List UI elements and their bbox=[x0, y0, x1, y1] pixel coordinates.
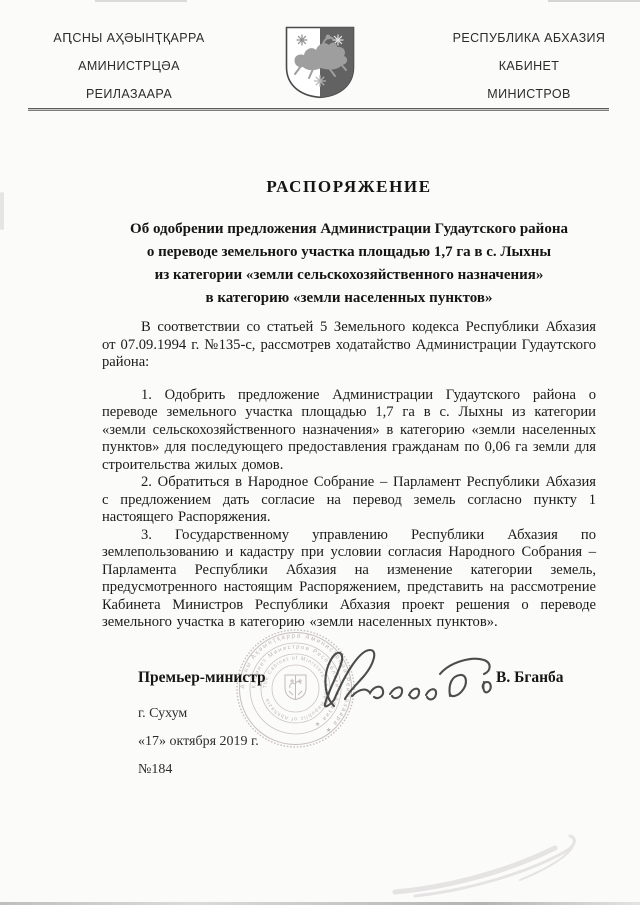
signature-stroke bbox=[449, 675, 465, 696]
scan-smudge bbox=[370, 820, 600, 905]
issue-details: г. Сухум «17» октября 2019 г. №184 bbox=[138, 700, 259, 784]
decree-item-1: 1. Одобрить предложение Администрации Гу… bbox=[102, 387, 596, 475]
decree-item-3: 3. Государственному управлению Республик… bbox=[102, 527, 596, 632]
document-body: РАСПОРЯЖЕНИЕ Об одобрении предложения Ад… bbox=[102, 172, 596, 632]
subject-line-3: из категории «земли сельскохозяйственног… bbox=[102, 264, 596, 287]
signature-stroke bbox=[426, 689, 436, 699]
document-subject: Об одобрении предложения Администрации Г… bbox=[102, 218, 596, 310]
preamble-paragraph: В соответствии со статьей 5 Земельного к… bbox=[102, 319, 596, 372]
emblem-svg bbox=[285, 26, 355, 99]
letterhead-russian-line-3: МИНИСТРОВ bbox=[434, 80, 624, 108]
signatory-name: В. Бганба bbox=[496, 669, 564, 687]
signature-stroke bbox=[440, 659, 490, 674]
signature-stroke bbox=[325, 650, 374, 706]
signature-stroke bbox=[483, 682, 491, 692]
letterhead-abkhaz-line-2: АМИНИСТРЦӘА bbox=[20, 52, 238, 80]
scan-artifact bbox=[0, 192, 4, 230]
letterhead-abkhaz: АԤСНЫ АҲӘЫНҬҚАРРА АМИНИСТРЦӘА РЕИЛАЗААРА bbox=[20, 24, 238, 108]
handwritten-signature bbox=[312, 644, 517, 726]
letterhead-abkhaz-line-3: РЕИЛАЗААРА bbox=[20, 80, 238, 108]
letterhead-divider bbox=[28, 108, 609, 111]
subject-line-4: в категорию «земли населенных пунктов» bbox=[102, 287, 596, 310]
letterhead-abkhaz-line-1: АԤСНЫ АҲӘЫНҬҚАРРА bbox=[20, 24, 238, 52]
letterhead-russian: РЕСПУБЛИКА АБХАЗИЯ КАБИНЕТ МИНИСТРОВ bbox=[434, 24, 624, 108]
issue-date: «17» октября 2019 г. bbox=[138, 728, 259, 756]
emblem-star-left bbox=[297, 35, 308, 46]
decree-item-2: 2. Обратиться в Народное Собрание – Парл… bbox=[102, 474, 596, 527]
scan-artifact bbox=[548, 0, 640, 2]
issue-city: г. Сухум bbox=[138, 700, 259, 728]
seal-center-emblem bbox=[285, 675, 306, 700]
document-title: РАСПОРЯЖЕНИЕ bbox=[102, 178, 596, 196]
subject-line-1: Об одобрении предложения Администрации Г… bbox=[102, 218, 596, 241]
signature-stroke bbox=[390, 687, 402, 698]
coat-of-arms-of-abkhazia-icon bbox=[285, 26, 355, 99]
letterhead-russian-line-1: РЕСПУБЛИКА АБХАЗИЯ bbox=[434, 24, 624, 52]
signatory-title: Премьер-министр bbox=[138, 669, 266, 687]
issue-number: №184 bbox=[138, 756, 259, 784]
signature-stroke bbox=[352, 687, 383, 698]
scanned-decree-page: АԤСНЫ АҲӘЫНҬҚАРРА АМИНИСТРЦӘА РЕИЛАЗААРА bbox=[0, 0, 640, 905]
scan-artifact bbox=[95, 0, 187, 2]
letterhead-russian-line-2: КАБИНЕТ bbox=[434, 52, 624, 80]
subject-line-2: о переводе земельного участка площадью 1… bbox=[102, 241, 596, 264]
signature-stroke bbox=[409, 689, 419, 699]
